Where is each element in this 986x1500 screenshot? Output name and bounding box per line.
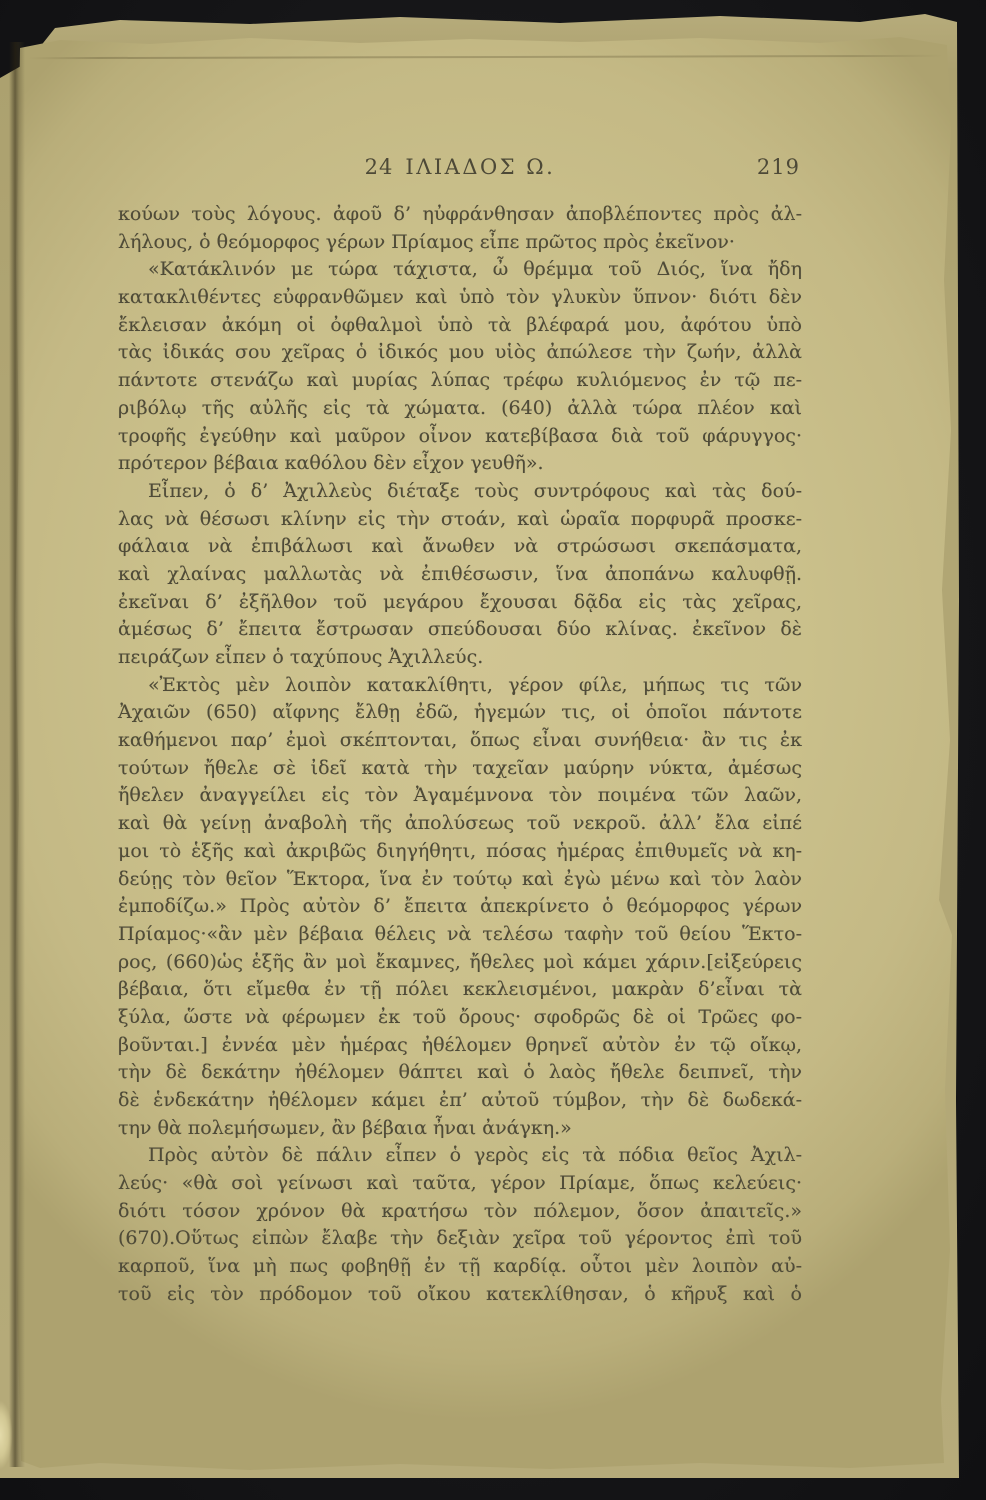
text-line: Εἶπεν, ὁ δ’ Ἀχιλλεὺς διέταξε τοὺς συντρό…: [118, 478, 802, 506]
text-line: καρποῦ, ἵνα μὴ πως φοβηθῇ ἐν τῇ καρδίᾳ. …: [118, 1253, 802, 1281]
text-line: καθήμενοι παρ’ ἐμοὶ σκέπτονται, ὅπως εἶν…: [118, 727, 802, 755]
text-line: ἀμέσως δ’ ἔπειτα ἔστρωσαν σπεύδουσαι δύο…: [118, 616, 802, 644]
text-line: κατακλιθέντες εὐφρανθῶμεν καὶ ὑπὸ τὸν γλ…: [118, 284, 802, 312]
text-line: Ἀχαιῶν (650) αἴφνης ἔλθῃ ἐδῶ, ἡγεμών τις…: [118, 699, 802, 727]
text-line: λας νὰ θέσωσι κλίνην εἰς τὴν στοάν, καὶ …: [118, 506, 802, 534]
text-line: δεύῃς τὸν θεῖον Ἕκτορα, ἵνα ἐν τούτῳ καὶ…: [118, 866, 802, 894]
running-title-text: ΙΛΙΑΔΟΣ Ω.: [405, 155, 555, 179]
text-line: τὰς ἰδικάς σου χεῖρας ὁ ἰδικός μου υἱὸς …: [118, 339, 802, 367]
text-line: ξύλα, ὥστε νὰ φέρωμεν ἐκ τοῦ ὄρους· σφοδ…: [118, 1004, 802, 1032]
text-line: τοῦ εἰς τὸν πρόδομον τοῦ οἴκου κατεκλίθη…: [118, 1281, 802, 1309]
page-header: 24ΙΛΙΑΔΟΣ Ω. 219: [118, 154, 802, 184]
text-line: πάντοτε στενάζω καὶ μυρίας λύπας τρέφω κ…: [118, 367, 802, 395]
text-line: βέβαια, ὅτι εἴμεθα ἐν τῇ πόλει κεκλεισμέ…: [118, 976, 802, 1004]
text-line: διότι τόσον χρόνον θὰ κρατήσω τὸν πόλεμο…: [118, 1198, 802, 1226]
text-line: «Ἐκτὸς μὲν λοιπὸν κατακλίθητι, γέρον φίλ…: [118, 672, 802, 700]
text-line: «Κατάκλινόν με τώρα τάχιστα, ὦ θρέμμα το…: [118, 256, 802, 284]
text-line: την θὰ πολεμήσωμεν, ἂν βέβαια ἦναι ἀνάγκ…: [118, 1115, 802, 1143]
text-line: κούων τοὺς λόγους. ἀφοῦ δ’ ηὐφράνθησαν ἀ…: [118, 201, 802, 229]
text-line: φάλαια νὰ ἐπιβάλωσι καὶ ἄνωθεν νὰ στρώσω…: [118, 533, 802, 561]
text-line: ἐμποδίζω.» Πρὸς αὐτὸν δ’ ἔπειτα ἀπεκρίνε…: [118, 893, 802, 921]
text-line: πειράζων εἶπεν ὁ ταχύπους Ἀχιλλεύς.: [118, 644, 802, 672]
text-line: καὶ χλαίνας μαλλωτὰς νὰ ἐπιθέσωσιν, ἵνα …: [118, 561, 802, 589]
text-line: ἔκλεισαν ἀκόμη οἱ ὀφθαλμοὶ ὑπὸ τὰ βλέφαρ…: [118, 312, 802, 340]
text-line: καὶ θὰ γείνῃ ἀναβολὴ τῆς ἀπολύσεως τοῦ ν…: [118, 810, 802, 838]
text-line: βοῦνται.] ἐννέα μὲν ἡμέρας ἠθέλομεν θρην…: [118, 1032, 802, 1060]
text-line: δὲ ἑνδεκάτην ἠθέλομεν κάμει ἐπ’ αὐτοῦ τύ…: [118, 1087, 802, 1115]
text-line: (670).Οὕτως εἰπὼν ἔλαβε τὴν δεξιὰν χεῖρα…: [118, 1225, 802, 1253]
text-line: πρότερον βέβαια καθόλου δὲν εἶχον γευθῆ»…: [118, 450, 802, 478]
running-title: 24ΙΛΙΑΔΟΣ Ω.: [118, 154, 802, 180]
text-line: ἤθελεν ἀναγγείλει εἰς τὸν Ἀγαμέμνονα τὸν…: [118, 782, 802, 810]
spine-highlight: [0, 1396, 14, 1474]
text-line: ρος, (660)ὡς ἑξῆς ἂν μοὶ ἔκαμνες, ἤθελες…: [118, 949, 802, 977]
text-line: μοι τὸ ἑξῆς καὶ ἀκριβῶς διηγήθητι, πόσας…: [118, 838, 802, 866]
page-content: 24ΙΛΙΑΔΟΣ Ω. 219 κούων τοὺς λόγους. ἀφοῦ…: [118, 154, 802, 184]
text-line: Πρίαμος·«ἂν μὲν βέβαια θέλεις νὰ τελέσω …: [118, 921, 802, 949]
text-line: ριβόλῳ τῆς αὐλῆς εἰς τὰ χώματα. (640) ἀλ…: [118, 395, 802, 423]
text-line: λεύς· «θὰ σοὶ γείνωσι καὶ ταῦτα, γέρον Π…: [118, 1170, 802, 1198]
binding-gutter-shadow: [9, 42, 25, 1467]
text-line: Πρὸς αὐτὸν δὲ πάλιν εἶπεν ὁ γερὸς εἰς τὰ…: [118, 1142, 802, 1170]
book-photo: 24ΙΛΙΑΔΟΣ Ω. 219 κούων τοὺς λόγους. ἀφοῦ…: [0, 0, 986, 1500]
chapter-number: 24: [365, 155, 394, 179]
text-line: τροφῆς ἐγεύθην καὶ μαῦρον οἶνον κατεβίβα…: [118, 423, 802, 451]
page-number: 219: [757, 154, 800, 180]
text-line: ἐκεῖναι δ’ ἐξῆλθον τοῦ μεγάρου ἔχουσαι δ…: [118, 589, 802, 617]
text-line: λήλους, ὁ θεόμορφος γέρων Πρίαμος εἶπε π…: [118, 229, 802, 257]
text-block: κούων τοὺς λόγους. ἀφοῦ δ’ ηὐφράνθησαν ἀ…: [118, 201, 802, 1309]
text-line: τούτων ἤθελε σὲ ἰδεῖ κατὰ τὴν ταχεῖαν μα…: [118, 755, 802, 783]
text-line: τὴν δὲ δεκάτην ἠθέλομεν θάπτει καὶ ὁ λαὸ…: [118, 1059, 802, 1087]
